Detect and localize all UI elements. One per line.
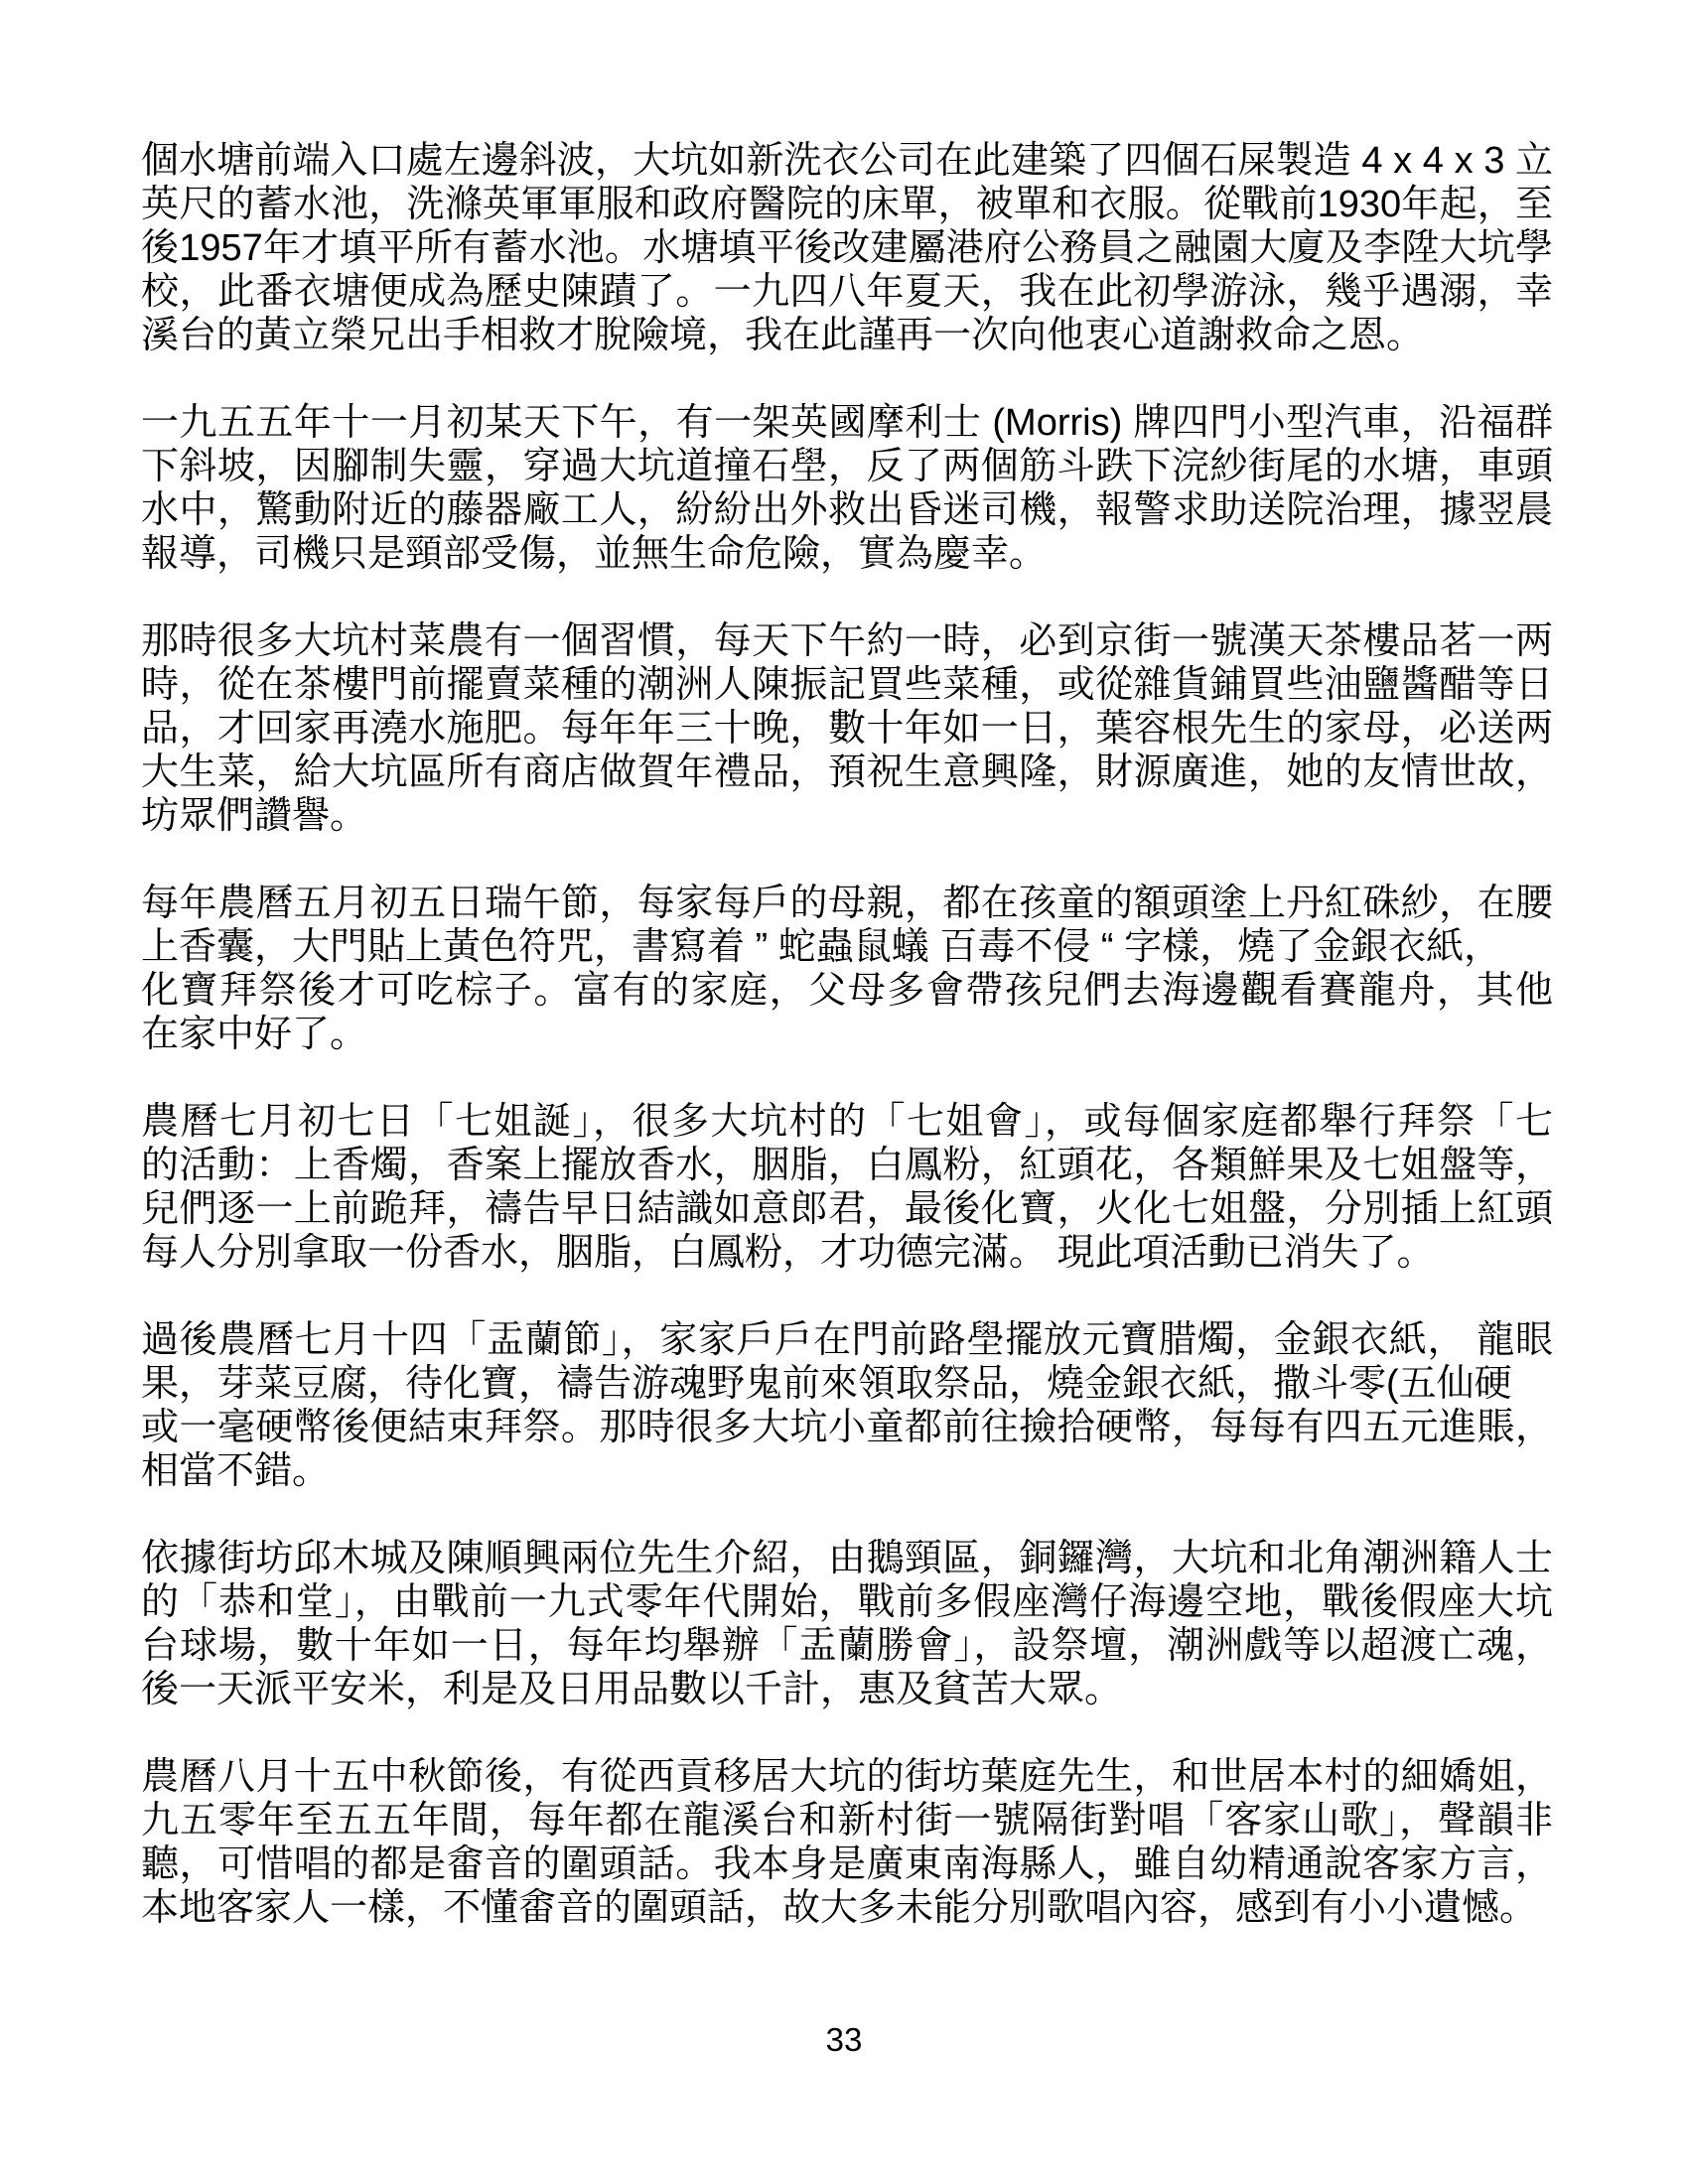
text-line: 的活動：上香燭，香案上擺放香水，胭脂，白鳳粉，紅頭花，各類鮮果及七姐盤等，待女 <box>141 1144 1553 1187</box>
text-line: 溪台的黃立榮兄出手相救才脫險境，我在此謹再一次向他衷心道謝救命之恩。 <box>141 314 1553 357</box>
text-line: 品，才回家再澆水施肥。每年年三十晚，數十年如一日，葉容根先生的家母，必送两叁棵 <box>141 707 1553 751</box>
text-line: 一九五五年十一月初某天下午，有一架英國摩利士 (Morris) 牌四門小型汽車，… <box>141 401 1553 445</box>
text-line: 在家中好了。 <box>141 1013 1553 1056</box>
paragraph-6: 過後農曆七月十四「盂蘭節」，家家戶戶在門前路壆擺放元寶腊燭，金銀衣紙， 龍眼水 … <box>141 1318 1553 1493</box>
paragraph-3: 那時很多大坑村菜農有一個習慣，每天下午約一時，必到京街一號漢天茶樓品茗一两小 時… <box>141 619 1553 838</box>
page-number: 33 <box>0 2021 1688 2059</box>
paragraph-1: 個水塘前端入口處左邊斜波，大坑如新洗衣公司在此建築了四個石屎製造 4 x 4 x… <box>141 139 1553 357</box>
text-line: 報導，司機只是頸部受傷，並無生命危險，實為慶幸。 <box>141 532 1553 576</box>
text-line: 校，此番衣塘便成為歷史陳蹟了。一九四八年夏天，我在此初學游泳，幾乎遇溺，幸獲龍 <box>141 270 1553 314</box>
paragraph-7: 依據街坊邱木城及陳順興兩位先生介紹，由鵝頸區，銅鑼灣，大坑和北角潮洲籍人士成立 … <box>141 1537 1553 1711</box>
document-body: 個水塘前端入口處左邊斜波，大坑如新洗衣公司在此建築了四個石屎製造 4 x 4 x… <box>141 139 1553 1930</box>
text-line: 坊眾們讚譽。 <box>141 794 1553 838</box>
text-line: 上香囊，大門貼上黃色符咒，書寫着 ” 蛇蟲鼠蟻 百毒不侵 “ 字樣，燒了金銀衣紙… <box>141 925 1553 969</box>
text-line: 的「恭和堂」，由戰前一九式零年代開始，戰前多假座灣仔海邊空地，戰後假座大坑摩頓 <box>141 1580 1553 1624</box>
paragraph-5: 農曆七月初七日「七姐誕」，很多大坑村的「七姐會」，或每個家庭都舉行拜祭「七姐」 … <box>141 1100 1553 1275</box>
text-line: 相當不錯。 <box>141 1449 1553 1493</box>
text-line: 每年農曆五月初五日瑞午節，每家每戶的母親，都在孩童的額頭塗上丹紅硃紗，在腰帶配 <box>141 882 1553 925</box>
text-line: 本地客家人一樣，不懂畬音的圍頭話，故大多未能分別歌唱內容，感到有小小遺憾。 <box>141 1886 1553 1930</box>
text-line: 後1957年才填平所有蓄水池。水塘填平後改建屬港府公務員之融園大廈及李陞大坑學 <box>141 226 1553 270</box>
text-line: 或一毫硬幣後便結束拜祭。那時很多大坑小童都前往撿拾硬幣，每每有四五元進賬，收入 <box>141 1406 1553 1449</box>
text-line: 過後農曆七月十四「盂蘭節」，家家戶戶在門前路壆擺放元寶腊燭，金銀衣紙， 龍眼水 <box>141 1318 1553 1362</box>
text-line: 農曆七月初七日「七姐誕」，很多大坑村的「七姐會」，或每個家庭都舉行拜祭「七姐」 <box>141 1100 1553 1144</box>
text-line: 農曆八月十五中秋節後，有從西貢移居大坑的街坊葉庭先生，和世居本村的細嬌姐，於一 <box>141 1755 1553 1799</box>
text-line: 後一天派平安米，利是及日用品數以千計，惠及貧苦大眾。 <box>141 1668 1553 1711</box>
text-line: 化寶拜祭後才可吃棕子。富有的家庭，父母多會帶孩兒們去海邊觀看賽龍舟，其他的，留 <box>141 969 1553 1013</box>
text-line: 聽，可惜唱的都是畬音的圍頭話。我本身是廣東南海縣人，雖自幼精通說客家方言，也和 <box>141 1843 1553 1886</box>
paragraph-8: 農曆八月十五中秋節後，有從西貢移居大坑的街坊葉庭先生，和世居本村的細嬌姐，於一 … <box>141 1755 1553 1930</box>
document-page: 個水塘前端入口處左邊斜波，大坑如新洗衣公司在此建築了四個石屎製造 4 x 4 x… <box>0 0 1688 2184</box>
paragraph-4: 每年農曆五月初五日瑞午節，每家每戶的母親，都在孩童的額頭塗上丹紅硃紗，在腰帶配 … <box>141 882 1553 1056</box>
text-line: 個水塘前端入口處左邊斜波，大坑如新洗衣公司在此建築了四個石屎製造 4 x 4 x… <box>141 139 1553 183</box>
text-line: 時，從在茶樓門前擺賣菜種的潮洲人陳振記買些菜種，或從雜貨鋪買些油鹽醬醋等日用 <box>141 663 1553 707</box>
text-line: 每人分別拿取一份香水，胭脂，白鳳粉，才功德完滿。 現此項活動已消失了。 <box>141 1231 1553 1275</box>
text-line: 果，芽菜豆腐，待化寶，禱告游魂野鬼前來領取祭品，燒金銀衣紙，撒斗零(五仙硬幣) <box>141 1362 1553 1406</box>
text-line: 依據街坊邱木城及陳順興兩位先生介紹，由鵝頸區，銅鑼灣，大坑和北角潮洲籍人士成立 <box>141 1537 1553 1580</box>
text-line: 下斜坡，因腳制失靈，穿過大坑道撞石壆，反了两個筋斗跌下浣紗街尾的水塘，車頭直插 <box>141 445 1553 488</box>
text-line: 兒們逐一上前跪拜，禱告早日結識如意郎君，最後化寶，火化七姐盤，分別插上紅頭花， <box>141 1187 1553 1231</box>
text-line: 那時很多大坑村菜農有一個習慣，每天下午約一時，必到京街一號漢天茶樓品茗一两小 <box>141 619 1553 663</box>
paragraph-2: 一九五五年十一月初某天下午，有一架英國摩利士 (Morris) 牌四門小型汽車，… <box>141 401 1553 576</box>
text-line: 大生菜，給大坑區所有商店做賀年禮品，預祝生意興隆，財源廣進，她的友情世故，素為 <box>141 751 1553 794</box>
text-line: 水中，驚動附近的藤器廠工人，紛紛出外救出昏迷司機，報警求助送院治理，據翌晨新聞 <box>141 488 1553 532</box>
text-line: 九五零年至五五年間，每年都在龍溪台和新村街一號隔街對唱「客家山歌」，聲韻非常動 <box>141 1799 1553 1843</box>
text-line: 台球場，數十年如一日，每年均舉辦「盂蘭勝會」，設祭壇，潮洲戲等以超渡亡魂，待最 <box>141 1624 1553 1668</box>
text-line: 英尺的蓄水池，洗滌英軍軍服和政府醫院的床單，被單和衣服。從戰前1930年起，至戰 <box>141 183 1553 226</box>
